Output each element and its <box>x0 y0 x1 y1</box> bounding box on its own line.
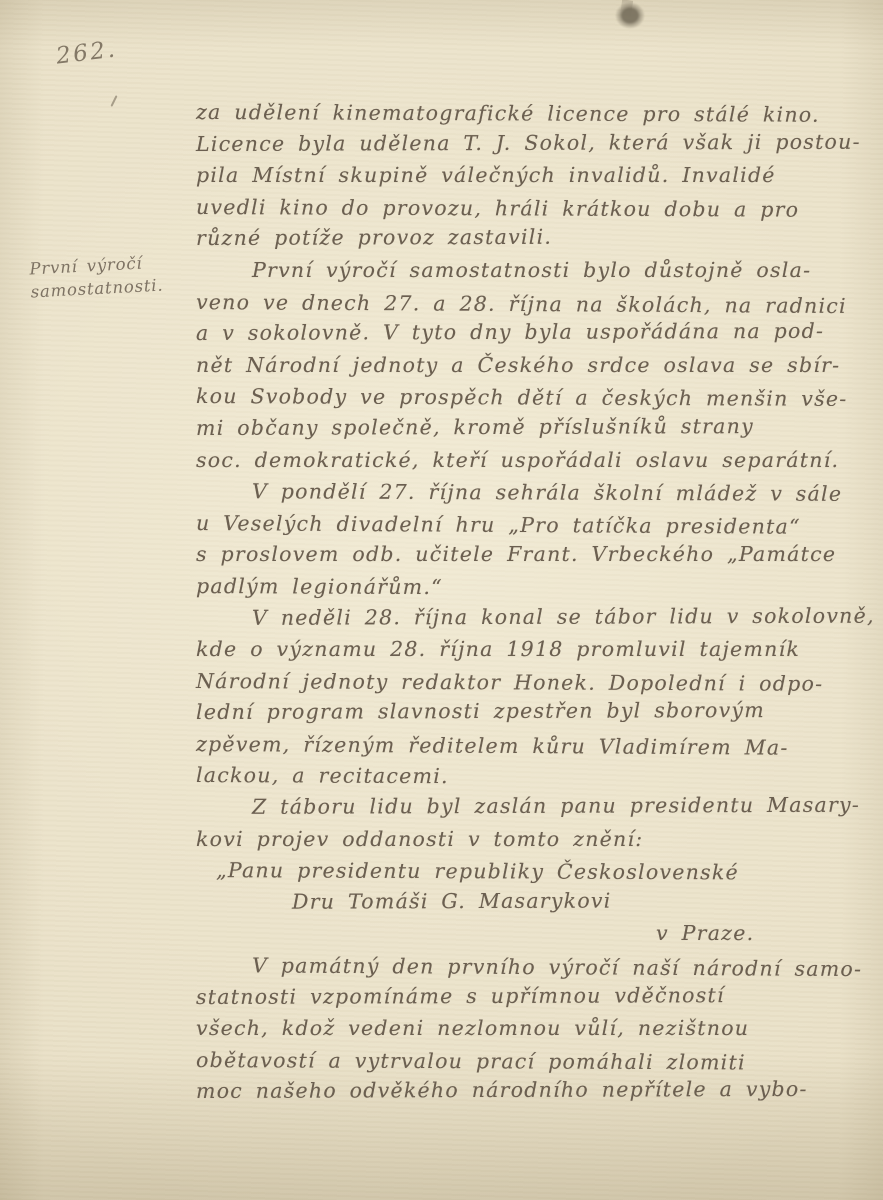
text-line: lední program slavnosti zpestřen byl sbo… <box>196 695 874 729</box>
margin-note: První výročí samostatnosti. <box>29 251 164 304</box>
text-line: nět Národní jednoty a Českého srdce osla… <box>196 350 874 382</box>
text-line: všech, kdož vedeni nezlomnou vůlí, neziš… <box>196 1013 874 1045</box>
text-line: a v sokolovně. V tyto dny byla uspořádán… <box>196 316 874 350</box>
text-line: zpěvem, řízeným ředitelem kůru Vladimíre… <box>196 729 874 765</box>
text-line: statnosti vzpomínáme s upřímnou vděčnost… <box>196 979 874 1013</box>
text-line: kde o významu 28. října 1918 promluvil t… <box>196 634 874 666</box>
text-line: v Praze. <box>196 918 874 950</box>
text-line: kovi projev oddanosti v tomto znění: <box>196 824 874 856</box>
manuscript-text-block: za udělení kinematografické licence pro … <box>196 97 874 1108</box>
text-line: s proslovem odb. učitele Frant. Vrbeckéh… <box>196 539 874 571</box>
manuscript-page: 262. První výročí samostatnosti. za uděl… <box>0 0 883 1200</box>
text-line: Licence byla udělena T. J. Sokol, která … <box>196 126 874 160</box>
text-line: V pondělí 27. října sehrála školní mláde… <box>196 476 874 511</box>
text-line: soc. demokratické, kteří uspořádali osla… <box>196 445 874 477</box>
text-line: Z táboru lidu byl zaslán panu presidentu… <box>196 790 874 824</box>
text-line: různé potíže provoz zastavili. <box>196 221 874 255</box>
text-line: pila Místní skupině válečných invalidů. … <box>196 160 874 192</box>
stray-ink-mark <box>110 95 117 107</box>
text-line: u Veselých divadelní hru „Pro tatíčka pr… <box>196 508 874 544</box>
ink-blot <box>615 2 645 29</box>
text-line: V neděli 28. října konal se tábor lidu v… <box>196 600 874 634</box>
text-line: mi občany společně, kromě příslušníků st… <box>196 411 874 445</box>
text-line: První výročí samostatnosti bylo důstojně… <box>196 255 874 287</box>
text-line: Dru Tomáši G. Masarykovi <box>196 884 874 918</box>
text-line: moc našeho odvěkého národního nepřítele … <box>196 1074 874 1108</box>
page-number: 262. <box>55 36 119 69</box>
